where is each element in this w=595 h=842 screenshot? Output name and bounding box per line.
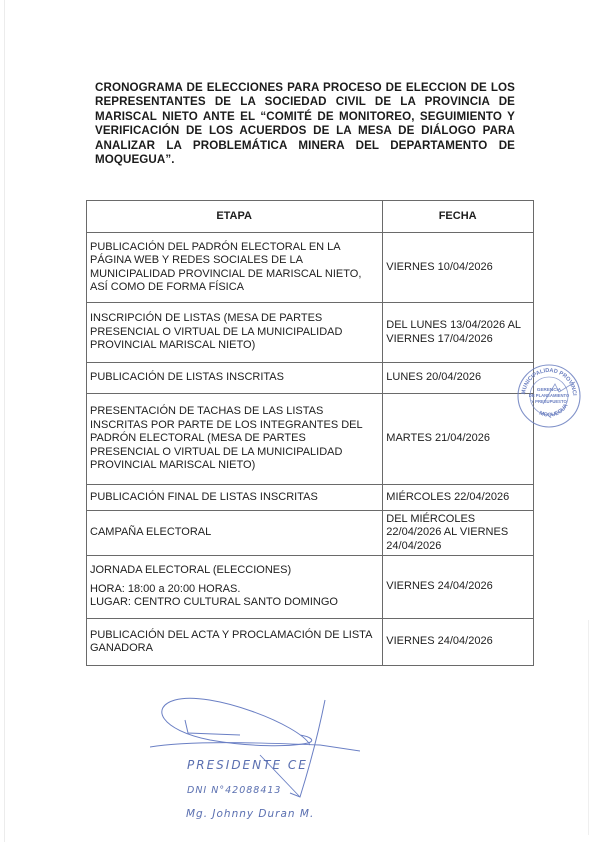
- fecha-cell: MIÉRCOLES 22/04/2026: [383, 485, 534, 511]
- signer-name: Mg. Johnny Duran M.: [186, 808, 314, 820]
- stamp-seal-icon: MUNICIPALIDAD PROVINCIAL MARISCAL MOQUEG…: [515, 362, 583, 430]
- table-row: PUBLICACIÓN DEL ACTA Y PROCLAMACIÓN DE L…: [87, 619, 534, 666]
- fecha-cell: MARTES 21/04/2026: [383, 394, 534, 485]
- table-row: PUBLICACIÓN DE LISTAS INSCRITAS LUNES 20…: [87, 363, 534, 394]
- document-title: CRONOGRAMA DE ELECCIONES PARA PROCESO DE…: [95, 81, 515, 167]
- table-row: PRESENTACIÓN DE TACHAS DE LAS LISTAS INS…: [87, 394, 534, 485]
- etapa-cell: PUBLICACIÓN DEL PADRÓN ELECTORAL EN LA P…: [87, 233, 383, 303]
- scan-edge-right: [588, 620, 589, 835]
- etapa-cell: PUBLICACIÓN DE LISTAS INSCRITAS: [87, 363, 383, 394]
- table-row: PUBLICACIÓN DEL PADRÓN ELECTORAL EN LA P…: [87, 233, 534, 303]
- table-row: PUBLICACIÓN FINAL DE LISTAS INSCRITAS MI…: [87, 485, 534, 511]
- table-header-row: ETAPA FECHA: [87, 201, 534, 233]
- svg-text:Y PRESUPUESTO: Y PRESUPUESTO: [531, 399, 567, 404]
- table-row: JORNADA ELECTORAL (ELECCIONES) HORA: 18:…: [87, 556, 534, 619]
- fecha-cell: VIERNES 24/04/2026: [383, 556, 534, 619]
- etapa-cell: PRESENTACIÓN DE TACHAS DE LAS LISTAS INS…: [87, 394, 383, 485]
- fecha-cell: DEL LUNES 13/04/2026 AL VIERNES 17/04/20…: [383, 303, 534, 363]
- etapa-hora: HORA: 18:00 a 20:00 HORAS.: [90, 583, 240, 595]
- etapa-cell: PUBLICACIÓN FINAL DE LISTAS INSCRITAS: [87, 485, 383, 511]
- svg-text:MOQUEGUA: MOQUEGUA: [538, 403, 569, 419]
- fecha-cell: VIERNES 24/04/2026: [383, 619, 534, 666]
- etapa-cell: INSCRIPCIÓN DE LISTAS (MESA DE PARTES PR…: [87, 303, 383, 363]
- fecha-cell: DEL MIÉRCOLES 22/04/2026 AL VIERNES 24/0…: [383, 511, 534, 556]
- etapa-lugar: LUGAR: CENTRO CULTURAL SANTO DOMINGO: [90, 596, 338, 608]
- etapa-cell: PUBLICACIÓN DEL ACTA Y PROCLAMACIÓN DE L…: [87, 619, 383, 666]
- etapa-cell: CAMPAÑA ELECTORAL: [87, 511, 383, 556]
- fecha-cell: VIERNES 10/04/2026: [383, 233, 534, 303]
- header-etapa: ETAPA: [87, 201, 383, 233]
- header-fecha: FECHA: [383, 201, 534, 233]
- election-schedule-table: ETAPA FECHA PUBLICACIÓN DEL PADRÓN ELECT…: [86, 200, 534, 666]
- table-row: INSCRIPCIÓN DE LISTAS (MESA DE PARTES PR…: [87, 303, 534, 363]
- etapa-cell: JORNADA ELECTORAL (ELECCIONES) HORA: 18:…: [87, 556, 383, 619]
- scan-edge-left: [4, 0, 5, 842]
- table-row: CAMPAÑA ELECTORAL DEL MIÉRCOLES 22/04/20…: [87, 511, 534, 556]
- etapa-main: JORNADA ELECTORAL (ELECCIONES): [90, 564, 291, 576]
- signer-role: PRESIDENTE CE: [187, 758, 308, 772]
- signer-dni: DNI N°42088413: [187, 785, 281, 796]
- fecha-cell: LUNES 20/04/2026: [383, 363, 534, 394]
- official-stamp: MUNICIPALIDAD PROVINCIAL MARISCAL MOQUEG…: [515, 362, 583, 430]
